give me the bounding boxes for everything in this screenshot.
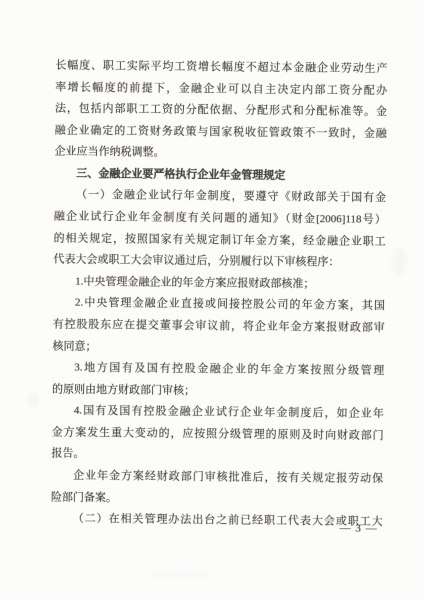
page-content: 长幅度、职工实际平均工资增长幅度不超过本金融企业劳动生产 率增长幅度的前提下，金… [0, 0, 424, 600]
text-line: 代表大会或职工大会审议通过后，分别履行以下审核程序： [53, 250, 385, 275]
document-page: 长幅度、职工实际平均工资增长幅度不超过本金融企业劳动生产 率增长幅度的前提下，金… [0, 0, 424, 600]
text-line: 融企业试行企业年金制度有关问题的通知》（财金[2006]118号） [54, 206, 386, 231]
text-block: 长幅度、职工实际平均工资增长幅度不超过本金融企业劳动生产 率增长幅度的前提下，金… [51, 55, 388, 533]
list-item-line: 3.地方国有及国有控股金融企业的年金方案按照分级管理 [52, 357, 384, 382]
text-line: 企业年金方案经财政部门审核批准后，按有关规定报劳动保 [51, 465, 383, 490]
text-line: 有控股股东应在提交董事会审议前，将企业年金方案报财政部审 [53, 314, 385, 339]
page-number: — 3 — [332, 522, 386, 536]
text-line: 金方案发生重大变动的，应按照分级管理的原则及时向财政部门 [51, 422, 383, 447]
text-line: 长幅度、职工实际平均工资增长幅度不超过本金融企业劳动生产 [55, 55, 387, 80]
text-line: 法，包括内部职工工资的分配依据、分配形式和分配标准等。金 [55, 99, 387, 124]
